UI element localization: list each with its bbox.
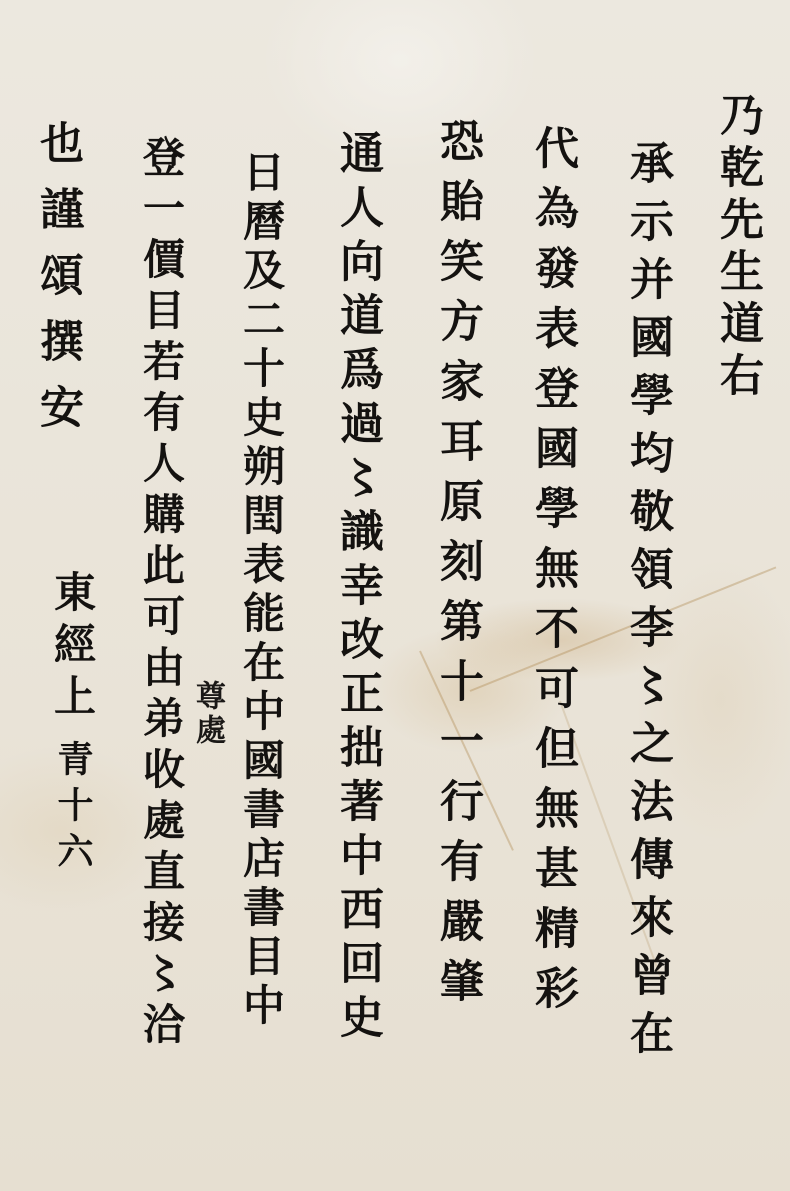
signature-date: 青十六 — [48, 740, 99, 878]
letter-column-1: 乃乾先生道右 — [715, 92, 759, 404]
letter-column-6: 日曆及二十史朔閏表能在中國書店書目中 — [240, 150, 282, 1032]
letter-column-4: 恐貽笑方家耳原刻第十一行有嚴肇 — [435, 118, 479, 1018]
letter-column-2: 承示并國學均敬領李〻之法傳來曾在 — [625, 140, 669, 1068]
letter-column-5: 通人向道爲過〻識幸改正拙著中西回史 — [335, 130, 379, 1048]
letter-column-8: 也謹頌撰安 — [35, 120, 79, 450]
interlinear-insertion: 尊處 — [185, 680, 229, 748]
signature-name: 東經上 — [42, 570, 102, 726]
letter-column-7: 登一價目若有人購此可由弟收處直接〻洽 — [140, 135, 182, 1053]
letter-paper: 乃乾先生道右 承示并國學均敬領李〻之法傳來曾在 代為發表登國學無不可但無甚精彩 … — [0, 0, 790, 1191]
letter-column-3: 代為發表登國學無不可但無甚精彩 — [530, 125, 574, 1025]
